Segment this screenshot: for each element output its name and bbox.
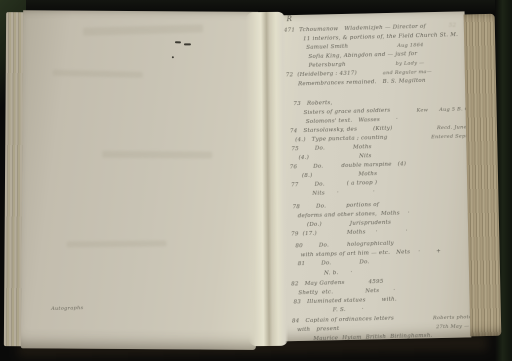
handwritten-line: 75 Do. Moths	[291, 144, 371, 152]
right-manuscript-page: R 52 471 Tchoumanow Wlademizjeh — Direct…	[277, 11, 472, 341]
handwritten-line: 80 Do. holographically	[295, 241, 394, 250]
handwritten-line: Roberts photos	[433, 314, 475, 321]
handwritten-line: 76 Do. double marspine (4)	[290, 161, 407, 170]
handwritten-line: 11 interiors, & portions of, the Field C…	[303, 32, 458, 42]
handwritten-line: (4.) Type punctata ; counting	[295, 135, 387, 144]
handwritten-line: 74 Starsolawsky, des (Kitty)	[290, 126, 393, 135]
handwritten-line: Maurice Hyiam British Birlinghamsh.	[313, 333, 432, 342]
handwritten-line: Sisters of grace and soldiers	[304, 108, 391, 116]
handwritten-line: (8.) Moths	[302, 171, 377, 179]
handwritten-line: 83 Illuminated statues with.	[294, 297, 397, 306]
ink-dash	[175, 41, 181, 43]
handwritten-line: Petersburgh	[309, 62, 346, 69]
handwritten-line: F. S. ·	[333, 306, 364, 313]
handwritten-line: (Do.) Jurisprudents	[307, 220, 391, 228]
handwritten-line: 79 (17.) Moths · ·	[291, 228, 408, 237]
left-blank-page: Autographs	[21, 10, 258, 350]
handwritten-line: (4.) Nits	[298, 153, 371, 161]
fore-edge-page-stack	[464, 14, 502, 337]
handwritten-line: Sofia King, Abingdon and — just for	[308, 51, 417, 60]
handwritten-line: 73 Roberts,	[293, 100, 332, 107]
show-through-mark	[102, 151, 212, 159]
handwritten-line: Solomons' text. Wasses ·	[306, 117, 398, 126]
left-page-group: Autographs	[4, 10, 258, 352]
show-through-mark	[83, 24, 203, 35]
handwritten-line: with present	[297, 326, 339, 333]
handwritten-line: 81 Do. Do.	[298, 259, 370, 267]
handwritten-line: Nits · ·	[312, 189, 375, 197]
right-page-group: R 52 471 Tchoumanow Wlademizjeh — Direct…	[277, 11, 506, 346]
handwritten-line: by Lady —	[396, 60, 425, 67]
show-through-mark	[67, 240, 167, 247]
handwritten-line: deforms and other stones, Moths ·	[298, 210, 410, 219]
handwritten-line: 78 Do. portions of	[293, 202, 380, 210]
handwritten-line: Aug 1864	[397, 42, 424, 49]
handwritten-line: Shetty etc. Nets ·	[298, 288, 395, 297]
handwritten-line: and Regular ma—	[383, 69, 432, 76]
ink-dot	[172, 56, 174, 58]
handwritten-line: 77 Do. ( a troop )	[291, 180, 377, 188]
book-gutter	[246, 12, 289, 346]
handwritten-line: 84 Captain of ordinances letters	[292, 316, 394, 325]
show-through-mark	[53, 70, 143, 78]
handwritten-line: Samuel Smith	[306, 44, 348, 51]
handwritten-line: 72 (Heidelberg : 4317)	[286, 70, 357, 78]
handwritten-line: Remembrances remained. B. S. Magilton	[298, 78, 426, 88]
handwritten-line: with stamps of art him — etc. Nets · +	[301, 248, 442, 258]
photograph-of-open-ledger: Autographs R 52 471 Tchoumanow Wlademizj…	[0, 0, 512, 361]
handwritten-line: N. b. ·	[324, 270, 353, 277]
left-page-corner-note: Autographs	[51, 305, 84, 312]
manuscript-lines: 471 Tchoumanow Wlademizjeh — Director of…	[277, 11, 472, 341]
handwritten-line: 471 Tchoumanow Wlademizjeh — Director of	[284, 24, 426, 34]
ink-dash	[184, 43, 191, 45]
handwritten-line: 82 May Gardens 4595	[291, 279, 384, 288]
